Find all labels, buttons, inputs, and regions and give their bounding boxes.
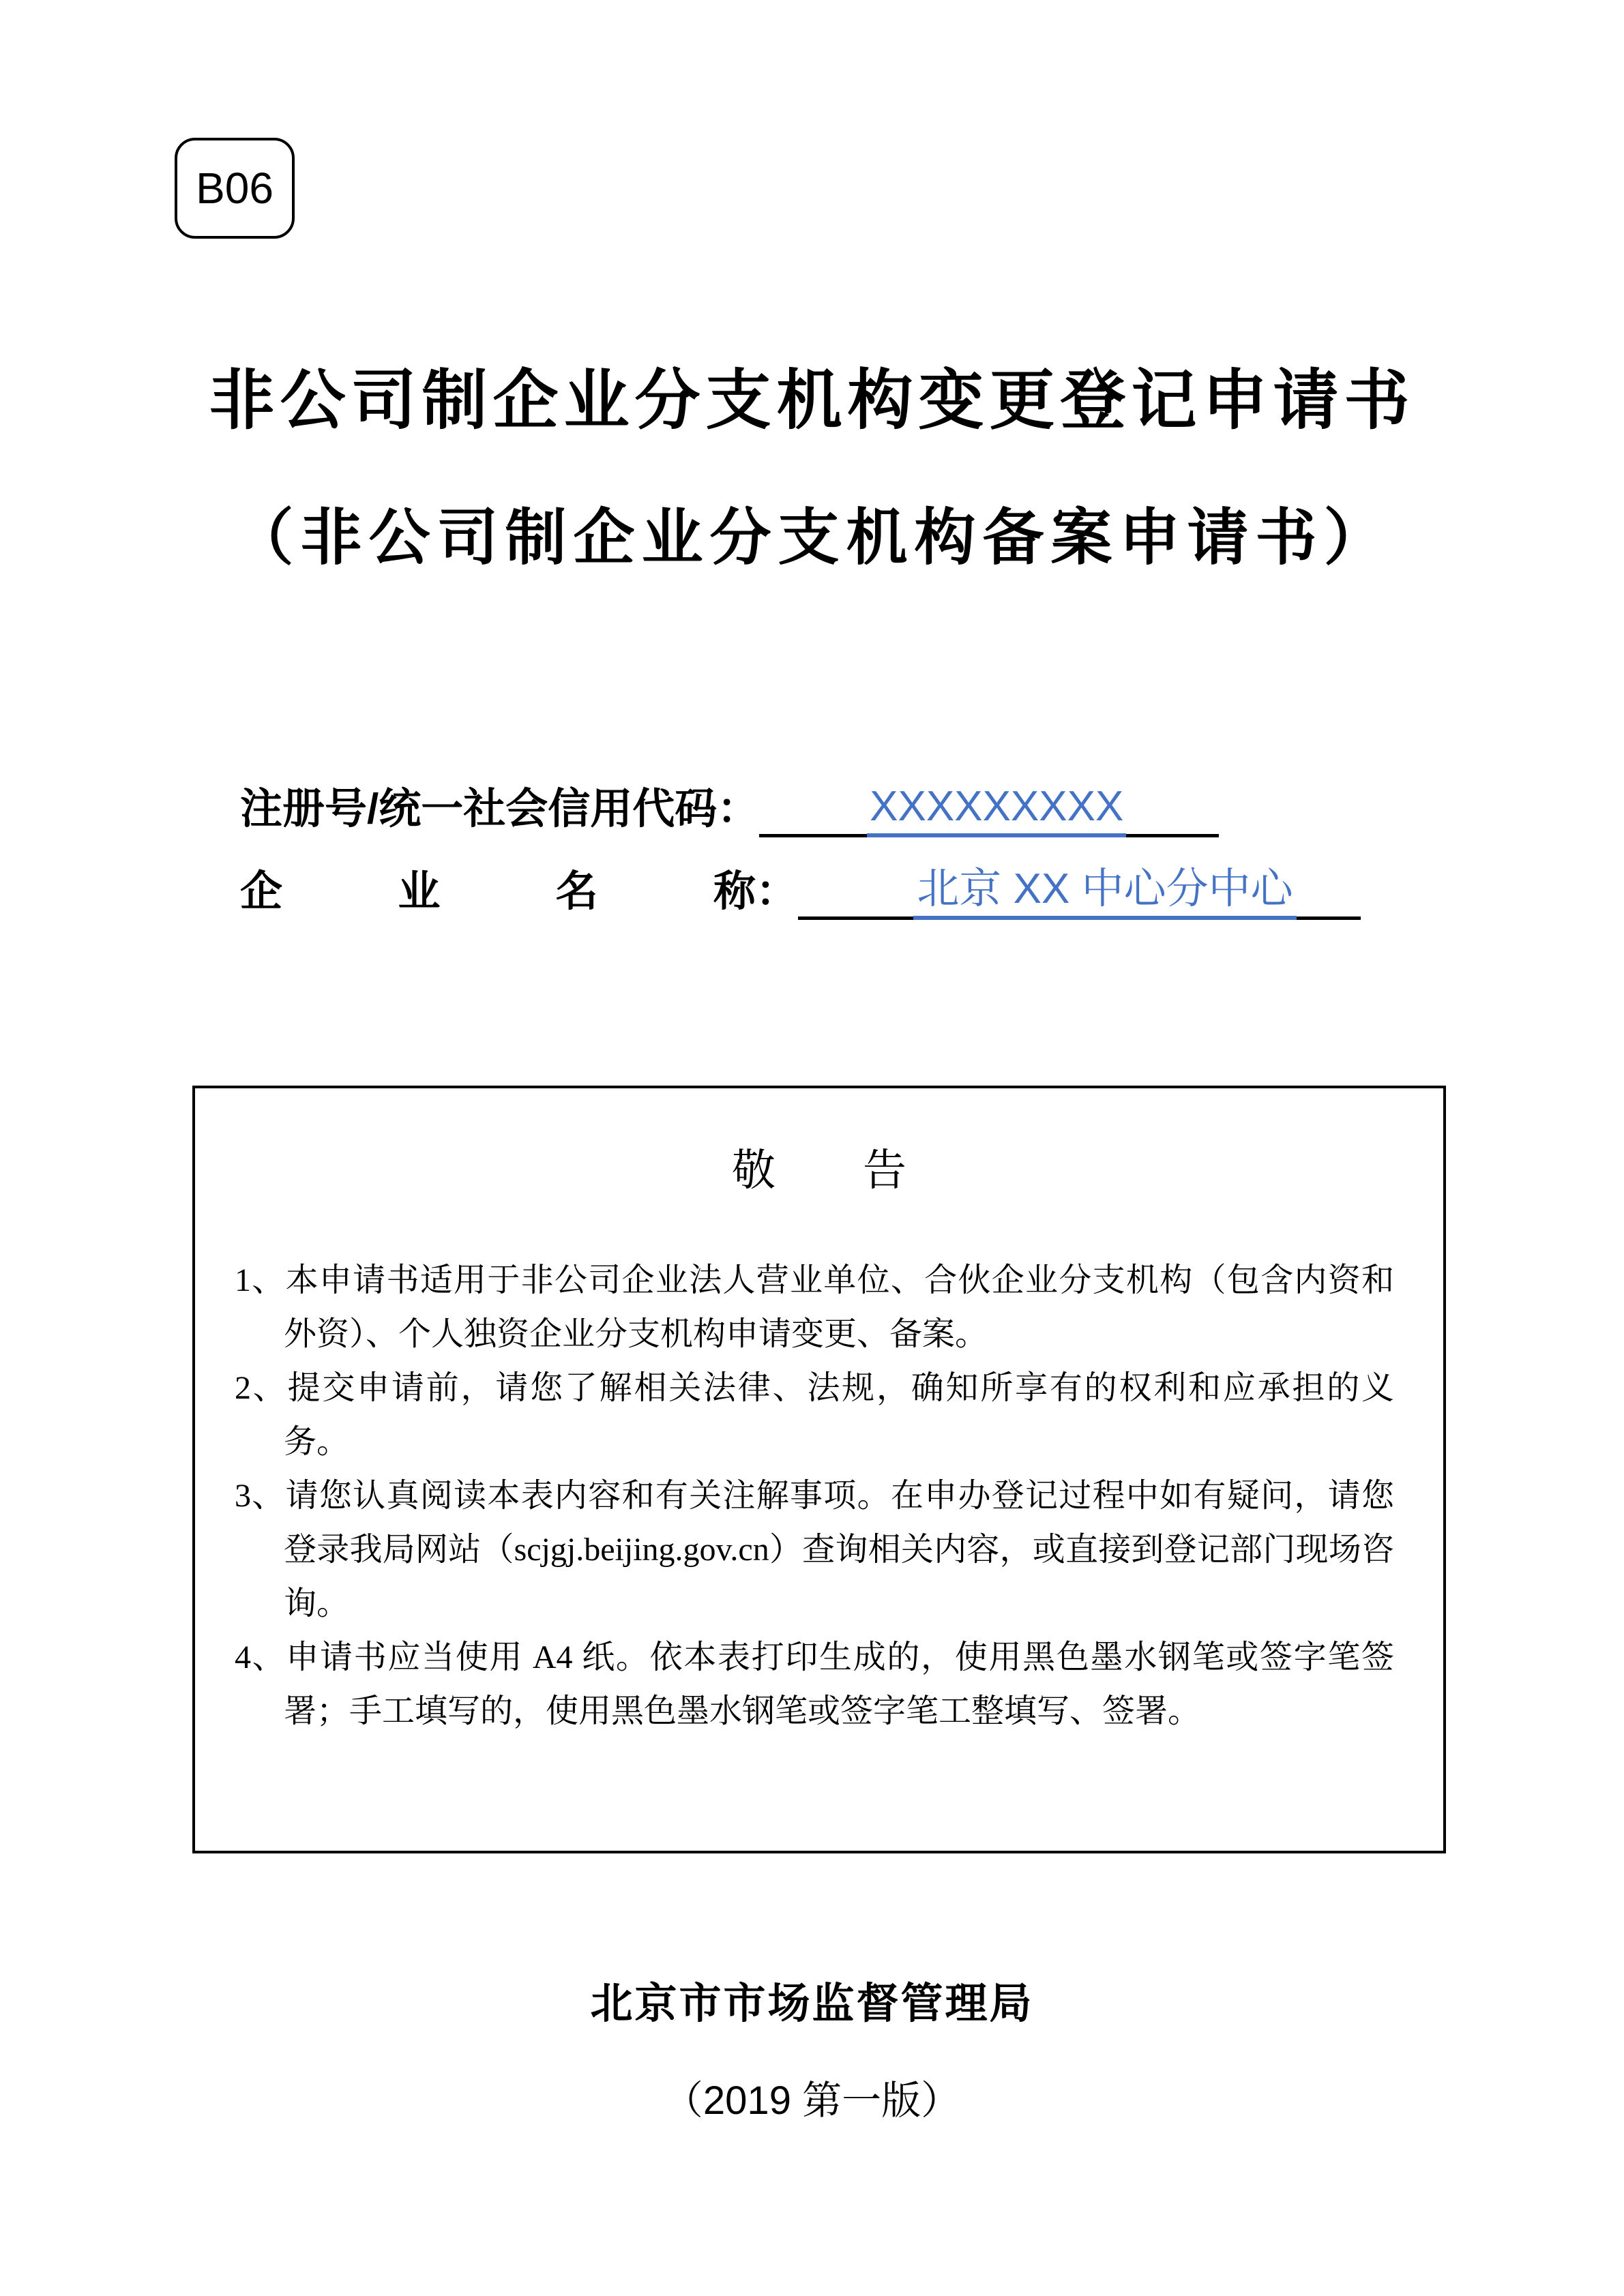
issuing-authority: 北京市市场监督管理局 (0, 1980, 1624, 2028)
form-subtitle: （非公司制企业分支机构备案申请书） (0, 503, 1624, 573)
enterprise-name-field[interactable]: 北京 XX 中心分中心 (913, 860, 1297, 920)
underline-segment-right (1126, 777, 1219, 837)
credit-code-value: XXXXXXXXX (870, 786, 1123, 833)
enterprise-name-colon: ： (756, 871, 798, 920)
underline-segment-right (1297, 860, 1361, 920)
credit-code-colon: ： (717, 788, 759, 837)
form-code-badge: B06 (175, 138, 295, 239)
notice-item-4: 4、申请书应当使用 A4 纸。依本表打印生成的，使用黑色墨水钢笔或签字笔签署；手… (235, 1630, 1394, 1738)
notice-item-1: 1、本申请书适用于非公司企业法人营业单位、合伙企业分支机构（包含内资和外资）、个… (235, 1253, 1394, 1361)
form-title: 非公司制企业分支机构变更登记申请书 (0, 363, 1624, 438)
enterprise-name-label-char: 业 (398, 871, 440, 913)
credit-code-underline: XXXXXXXXX (759, 777, 1219, 837)
credit-code-row: 注册号/统一社会信用代码：XXXXXXXXX (240, 777, 1219, 837)
edition-note: （2019 第一版） (0, 2078, 1624, 2124)
notice-list: 1、本申请书适用于非公司企业法人营业单位、合伙企业分支机构（包含内资和外资）、个… (195, 1253, 1443, 1738)
enterprise-name-value: 北京 XX 中心分中心 (917, 868, 1293, 916)
notice-box: 敬 告 1、本申请书适用于非公司企业法人营业单位、合伙企业分支机构（包含内资和外… (192, 1086, 1446, 1853)
enterprise-name-label-char: 称 (713, 871, 756, 913)
enterprise-name-label-char: 企 (240, 871, 282, 913)
enterprise-name-row: 企 业 名 称 ：北京 XX 中心分中心 (240, 860, 1361, 920)
notice-item-2: 2、提交申请前，请您了解相关法律、法规，确知所享有的权利和应承担的义务。 (235, 1361, 1394, 1469)
enterprise-name-label-char: 名 (556, 871, 598, 913)
underline-segment-left (798, 860, 913, 920)
enterprise-name-underline: 北京 XX 中心分中心 (798, 860, 1361, 920)
notice-heading: 敬 告 (195, 1145, 1443, 1197)
notice-item-3: 3、请您认真阅读本表内容和有关注解事项。在申办登记过程中如有疑问，请您登录我局网… (235, 1469, 1394, 1630)
underline-segment-left (759, 777, 867, 837)
application-form-page: B06 非公司制企业分支机构变更登记申请书 （非公司制企业分支机构备案申请书） … (0, 0, 1624, 2296)
credit-code-field[interactable]: XXXXXXXXX (867, 777, 1126, 837)
credit-code-label: 注册号/统一社会信用代码 (240, 788, 717, 837)
enterprise-name-label: 企 业 名 称 (240, 871, 756, 920)
